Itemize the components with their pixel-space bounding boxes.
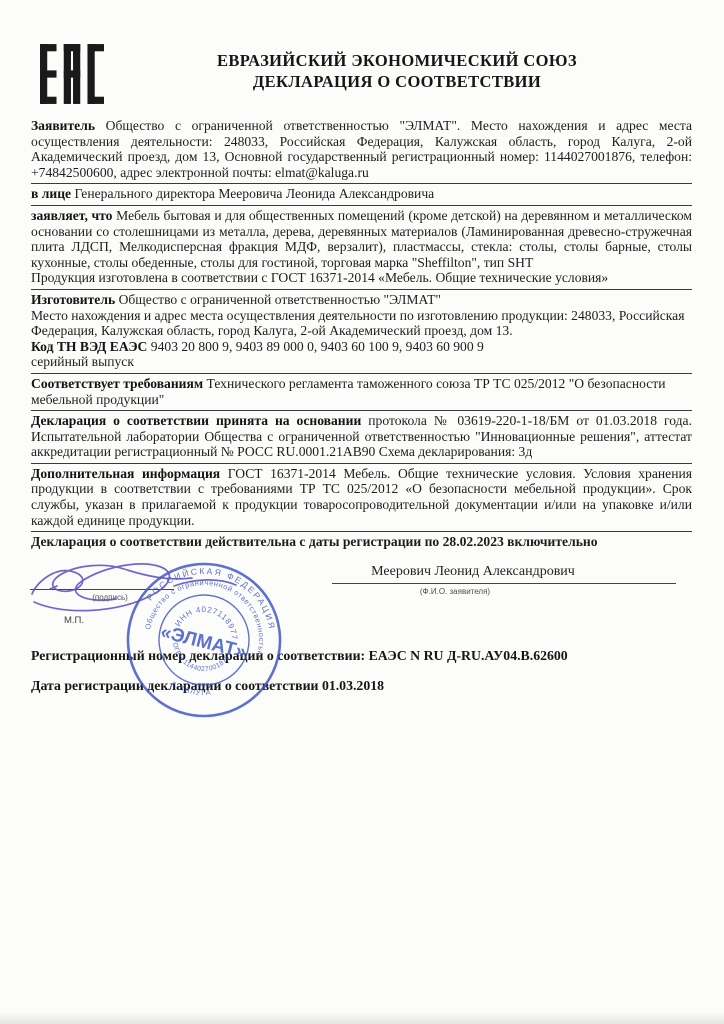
- document-title: ЕВРАЗИЙСКИЙ ЭКОНОМИЧЕСКИЙ СОЮЗ ДЕКЛАРАЦИ…: [110, 50, 684, 92]
- handwritten-signature-icon: [24, 544, 242, 632]
- title-union: ЕВРАЗИЙСКИЙ ЭКОНОМИЧЕСКИЙ СОЮЗ: [110, 50, 684, 71]
- tnved-code-value: 9403 20 800 9, 9403 89 000 0, 9403 60 10…: [151, 339, 484, 354]
- fio-caption: (Ф.И.О. заявителя): [332, 587, 578, 596]
- section-person: в лице Генерального директора Мееровича …: [31, 184, 692, 205]
- eac-mark-icon: [40, 44, 104, 104]
- serial-issue: серийный выпуск: [31, 354, 692, 370]
- manufacturer-text: Общество с ограниченной ответственностью…: [119, 292, 441, 307]
- manufacturer-label: Изготовитель: [31, 292, 115, 307]
- registration-date-value: 01.03.2018: [322, 678, 384, 693]
- tnved-code-label: Код ТН ВЭД ЕАЭС: [31, 339, 147, 354]
- person-label: в лице: [31, 186, 71, 201]
- section-compliance: Соответствует требованиям Технического р…: [31, 374, 692, 410]
- title-declaration: ДЕКЛАРАЦИЯ О СООТВЕТСТВИИ: [110, 71, 684, 92]
- scanned-page-bottom-edge: [0, 1012, 724, 1024]
- applicant-label: Заявитель: [31, 118, 95, 133]
- section-additional: Дополнительная информация ГОСТ 16371-201…: [31, 464, 692, 531]
- section-declares: заявляет, что Мебель бытовая и для общес…: [31, 206, 692, 289]
- svg-text:г. КАЛУГА: г. КАЛУГА: [169, 678, 213, 701]
- gost-line: Продукция изготовлена в соответствии с Г…: [31, 270, 692, 286]
- declaration-document: ЕВРАЗИЙСКИЙ ЭКОНОМИЧЕСКИЙ СОЮЗ ДЕКЛАРАЦИ…: [0, 0, 724, 1024]
- declaration-sections: Заявитель Общество с ограниченной ответс…: [31, 116, 692, 553]
- registration-number-line: Регистрационный номер декларации о соотв…: [31, 648, 568, 664]
- stamp-city-text: г. КАЛУГА: [169, 678, 213, 701]
- fio-line: [332, 583, 676, 584]
- declares-text: Мебель бытовая и для общественных помеще…: [31, 208, 692, 270]
- section-manufacturer: Изготовитель Общество с ограниченной отв…: [31, 290, 692, 373]
- registration-number-value: ЕАЭС N RU Д-RU.АУ04.В.62600: [369, 648, 568, 663]
- manufacturer-address: Место нахождения и адрес места осуществл…: [31, 308, 692, 339]
- declares-label: заявляет, что: [31, 208, 112, 223]
- section-applicant: Заявитель Общество с ограниченной ответс…: [31, 116, 692, 183]
- applicant-fio: Меерович Леонид Александрович: [332, 564, 614, 580]
- compliance-label: Соответствует требованиям: [31, 376, 203, 391]
- basis-label: Декларация о соответствии принята на осн…: [31, 413, 361, 428]
- applicant-text: Общество с ограниченной ответственностью…: [31, 118, 692, 180]
- eac-mark-logo: [40, 44, 104, 104]
- section-basis: Декларация о соответствии принята на осн…: [31, 411, 692, 463]
- additional-label: Дополнительная информация: [31, 466, 220, 481]
- person-text: Генерального директора Мееровича Леонида…: [74, 186, 434, 201]
